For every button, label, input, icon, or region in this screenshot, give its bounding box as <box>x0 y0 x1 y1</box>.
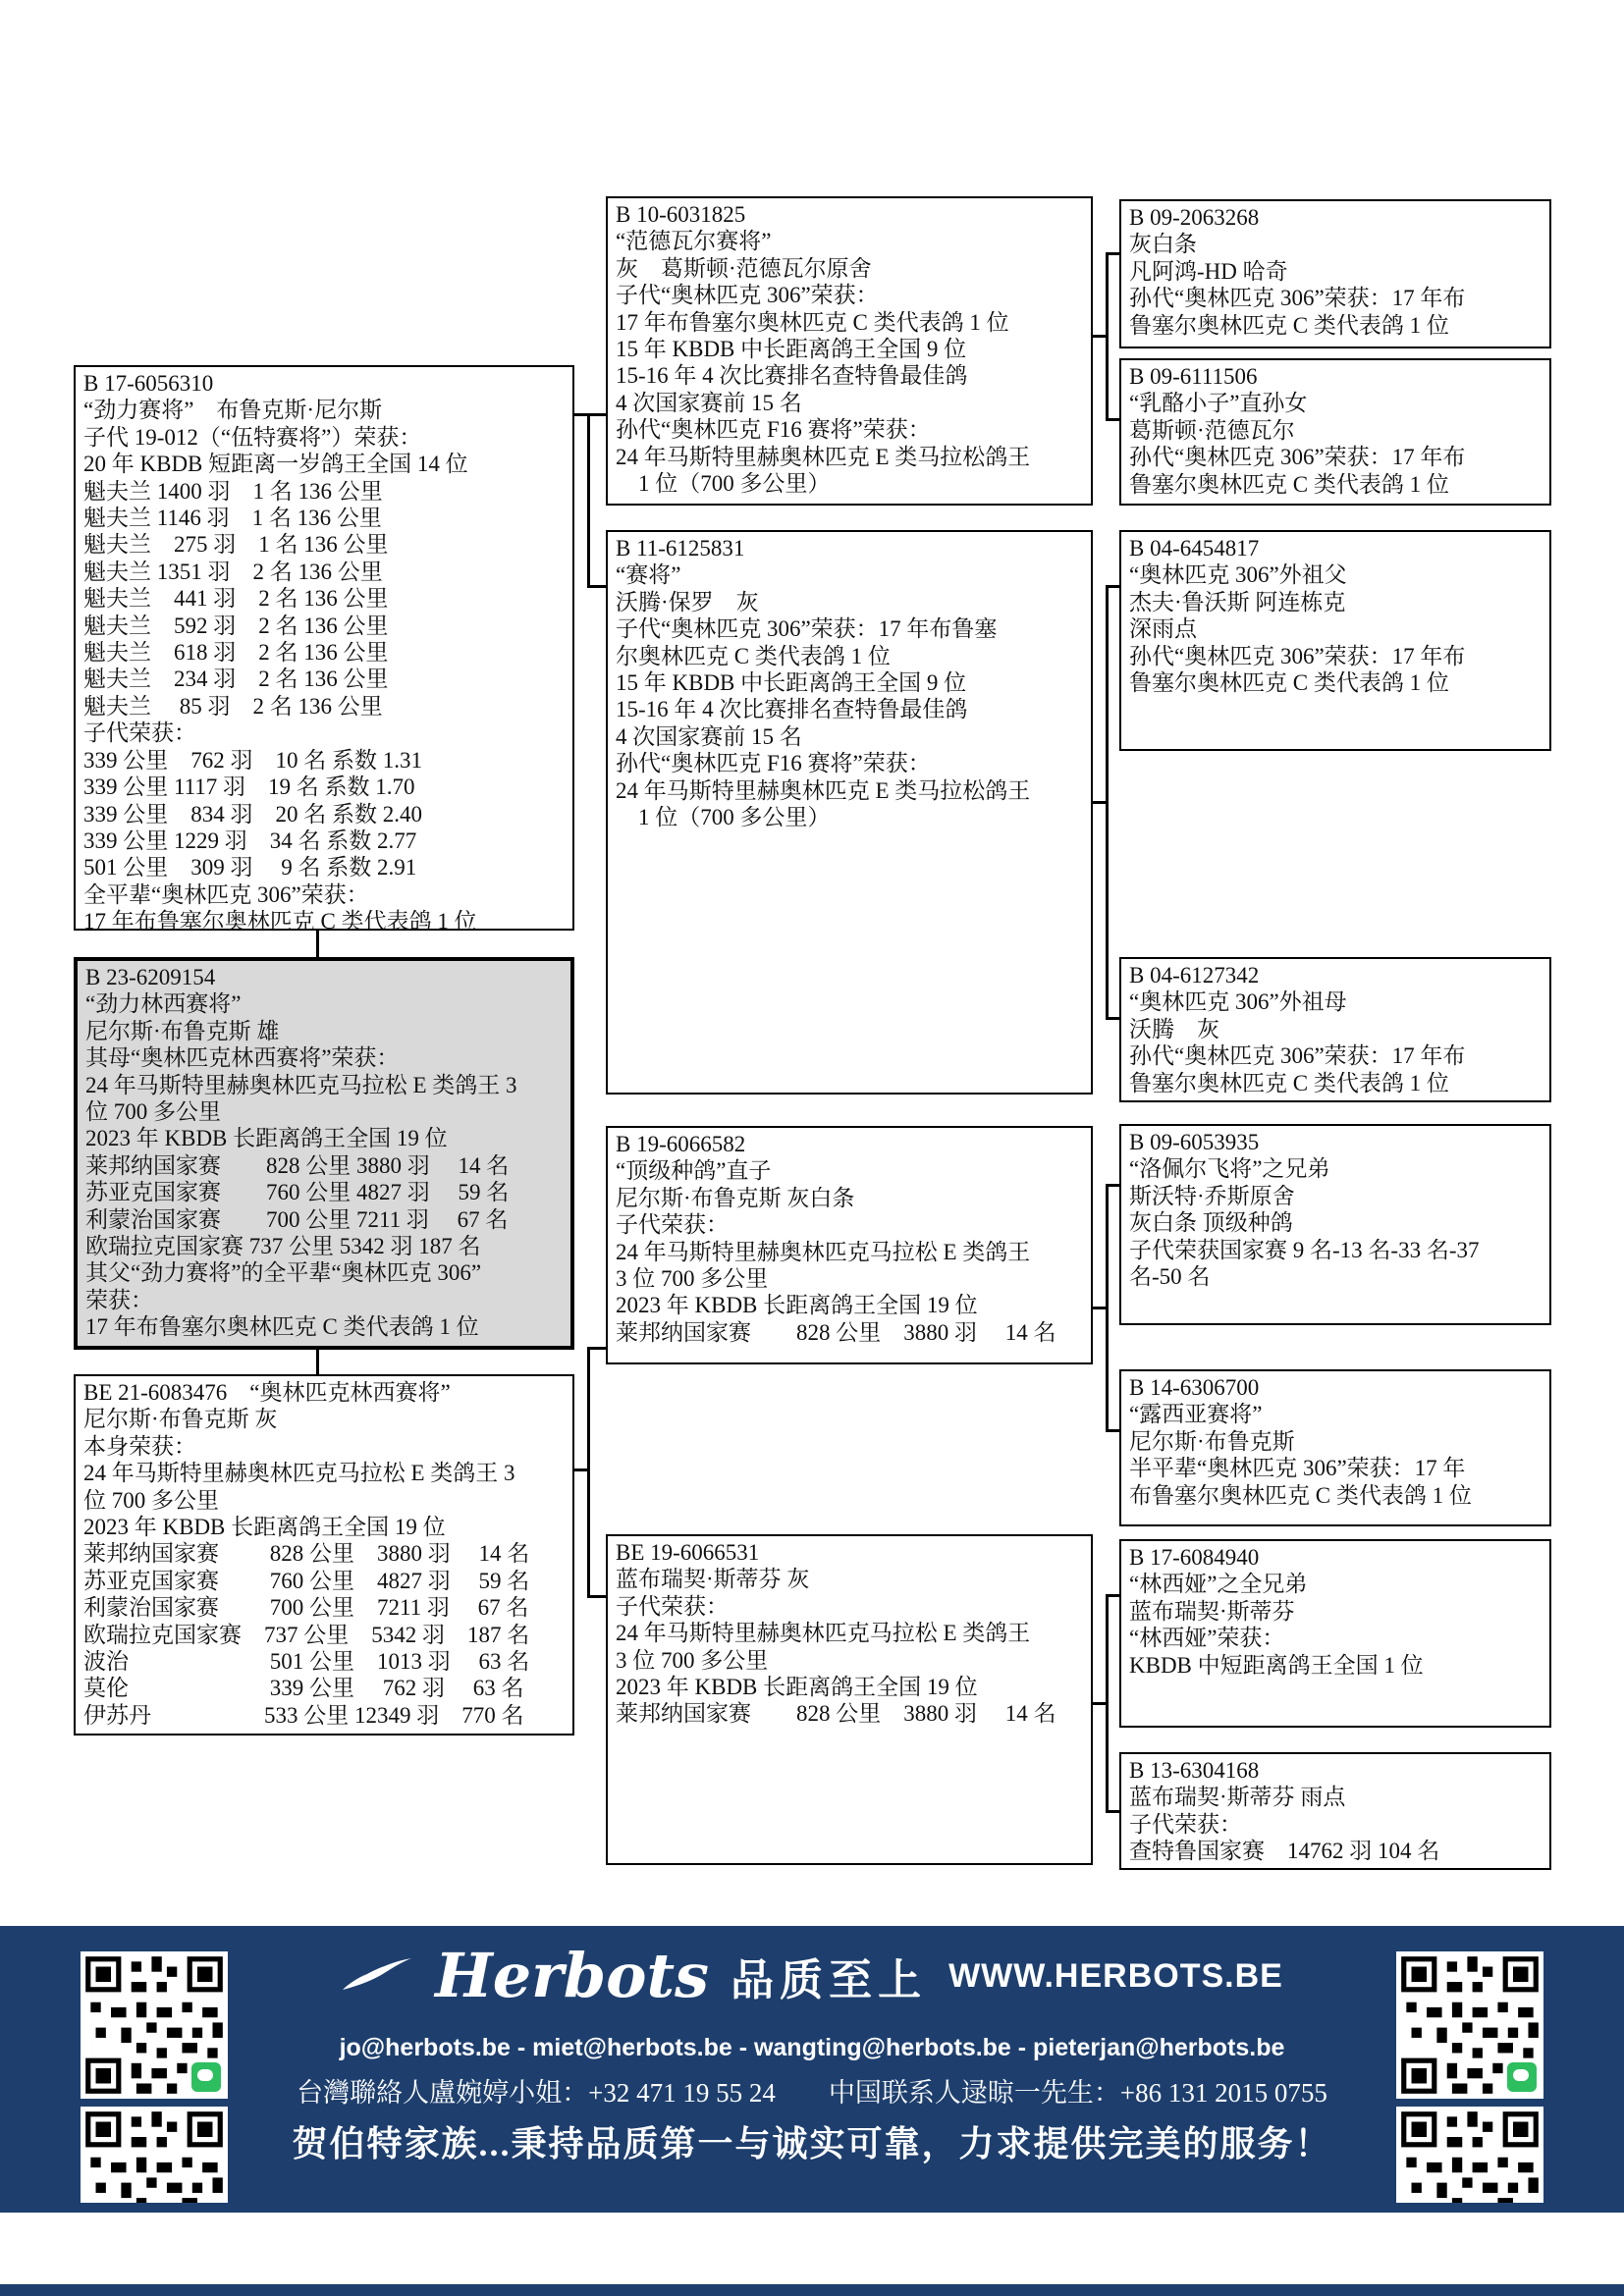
pedigree-text-line: B 09-2063268 <box>1129 204 1542 231</box>
pedigree-text-line: 苏亚克国家赛 760 公里 4827 羽 59 名 <box>83 1568 565 1594</box>
pedigree-text-line: B 04-6454817 <box>1129 535 1542 561</box>
pedigree-text-line: B 10-6031825 <box>616 201 1083 228</box>
pedigree-text-line: 斯沃特·乔斯原舍 <box>1129 1183 1542 1209</box>
pedigree-text-line: 杰夫·鲁沃斯 阿连栋克 <box>1129 589 1542 615</box>
pedigree-connector <box>316 1350 319 1374</box>
pedigree-connector <box>316 931 319 957</box>
pedigree-text-line: 其母“奥林匹克林西赛将”荣获： <box>85 1044 563 1071</box>
pedigree-text-line: 15-16 年 4 次比赛排名查特鲁最佳鸽 <box>616 696 1083 722</box>
wechat-icon <box>1504 2059 1540 2095</box>
pedigree-text-line: 魁夫兰 441 羽 2 名 136 公里 <box>83 585 565 612</box>
pedigree-box-gg3: B 04-6454817“奥林匹克 306”外祖父杰夫·鲁沃斯 阿连栋克深雨点孙… <box>1119 530 1551 751</box>
pedigree-box-sire-dam: B 11-6125831“赛将”沃腾·保罗 灰子代“奥林匹克 306”荣获：17… <box>606 530 1093 1095</box>
pedigree-box-gg4: B 04-6127342“奥林匹克 306”外祖母沃腾 灰孙代“奥林匹克 306… <box>1119 957 1551 1102</box>
pedigree-text-line: 孙代“奥林匹克 306”荣获：17 年布 <box>1129 643 1542 669</box>
pedigree-text-line: B 14-6306700 <box>1129 1374 1542 1401</box>
pedigree-text-line: 鲁塞尔奥林匹克 C 类代表鸽 1 位 <box>1129 1070 1542 1096</box>
pedigree-connector <box>1106 418 1119 421</box>
pedigree-text-line: “林西娅”之全兄弟 <box>1129 1571 1542 1597</box>
pedigree-text-line: 位 700 多公里 <box>83 1487 565 1514</box>
pedigree-text-line: 魁夫兰 275 羽 1 名 136 公里 <box>83 531 565 558</box>
pedigree-connector <box>1106 1594 1109 1813</box>
pedigree-box-gg6: B 14-6306700“露西亚赛将”尼尔斯·布鲁克斯半平辈“奥林匹克 306”… <box>1119 1369 1551 1526</box>
pedigree-connector <box>1106 252 1119 255</box>
pedigree-text-line: 莫伦 339 公里 762 羽 63 名 <box>83 1675 565 1701</box>
pedigree-text-line: 魁夫兰 234 羽 2 名 136 公里 <box>83 666 565 692</box>
pedigree-text-line: B 09-6053935 <box>1129 1129 1542 1155</box>
pedigree-text-line: 鲁塞尔奥林匹克 C 类代表鸽 1 位 <box>1129 312 1542 339</box>
pedigree-text-line: 4 次国家赛前 15 名 <box>616 723 1083 750</box>
pedigree-text-line: 339 公里 834 羽 20 名 系数 2.40 <box>83 801 565 828</box>
pedigree-text-line: 1 位（700 多公里） <box>616 804 1083 830</box>
pedigree-text-line: 蓝布瑞契·斯蒂芬 灰 <box>616 1566 1083 1592</box>
pedigree-text-line: 尼尔斯·布鲁克斯 <box>1129 1428 1542 1455</box>
pedigree-text-line: 15-16 年 4 次比赛排名查特鲁最佳鸽 <box>616 362 1083 389</box>
pedigree-text-line: 葛斯顿·范德瓦尔 <box>1129 417 1542 444</box>
pedigree-text-line: 17 年布鲁塞尔奥林匹克 C 类代表鸽 1 位 <box>83 908 565 931</box>
pedigree-text-line: 莱邦纳国家赛 828 公里 3880 羽 14 名 <box>85 1152 563 1179</box>
pedigree-connector <box>587 585 606 588</box>
pedigree-text-line: B 09-6111506 <box>1129 363 1542 390</box>
pedigree-text-line: 17 年布鲁塞尔奥林匹克 C 类代表鸽 1 位 <box>85 1313 563 1340</box>
pedigree-text-line: 凡阿鸿-HD 哈奇 <box>1129 258 1542 285</box>
pedigree-text-line: 蓝布瑞契·斯蒂芬 雨点 <box>1129 1784 1542 1810</box>
pedigree-box-gg7: B 17-6084940“林西娅”之全兄弟蓝布瑞契·斯蒂芬“林西娅”荣获：KBD… <box>1119 1539 1551 1728</box>
pedigree-text-line: 蓝布瑞契·斯蒂芬 <box>1129 1598 1542 1625</box>
pedigree-text-line: 2023 年 KBDB 长距离鸽王全国 19 位 <box>83 1514 565 1540</box>
pedigree-text-line: 灰白条 顶级种鸽 <box>1129 1209 1542 1236</box>
pedigree-text-line: “乳酪小子”直孙女 <box>1129 390 1542 416</box>
pedigree-text-line: 魁夫兰 1351 羽 2 名 136 公里 <box>83 559 565 585</box>
pedigree-connector <box>587 1595 606 1598</box>
pedigree-connector <box>1106 1017 1119 1020</box>
pedigree-text-line: 鲁塞尔奥林匹克 C 类代表鸽 1 位 <box>1129 669 1542 696</box>
pedigree-text-line: 孙代“奥林匹克 306”荣获：17 年布 <box>1129 285 1542 311</box>
footer-brand-row: Herbots 品质至上 WWW.HERBOTS.BE <box>245 1942 1379 2010</box>
pedigree-connector <box>1106 585 1119 588</box>
pedigree-text-line: 子代“奥林匹克 306”荣获：17 年布鲁塞 <box>616 615 1083 642</box>
pedigree-text-line: 布鲁塞尔奥林匹克 C 类代表鸽 1 位 <box>1129 1482 1542 1509</box>
pedigree-text-line: 鲁塞尔奥林匹克 C 类代表鸽 1 位 <box>1129 471 1542 498</box>
pedigree-text-line: 4 次国家赛前 15 名 <box>616 390 1083 416</box>
pedigree-text-line: 查特鲁国家赛 14762 羽 104 名 <box>1129 1838 1542 1864</box>
pedigree-text-line: B 19-6066582 <box>616 1131 1083 1157</box>
pedigree-text-line: B 17-6084940 <box>1129 1544 1542 1571</box>
pedigree-text-line: 尼尔斯·布鲁克斯 雄 <box>85 1018 563 1044</box>
pedigree-text-line: 灰白条 <box>1129 231 1542 257</box>
pedigree-box-subject: B 23-6209154“劲力林西赛将”尼尔斯·布鲁克斯 雄其母“奥林匹克林西赛… <box>74 957 574 1350</box>
pedigree-text-line: 孙代“奥林匹克 306”荣获：17 年布 <box>1129 444 1542 470</box>
pedigree-text-line: 3 位 700 多公里 <box>616 1265 1083 1292</box>
pedigree-text-line: 半平辈“奥林匹克 306”荣获：17 年 <box>1129 1455 1542 1481</box>
pedigree-connector <box>574 413 606 416</box>
pedigree-text-line: 莱邦纳国家赛 828 公里 3880 羽 14 名 <box>83 1540 565 1567</box>
pedigree-connector <box>1106 1184 1109 1432</box>
pedigree-text-line: 孙代“奥林匹克 306”荣获：17 年布 <box>1129 1042 1542 1069</box>
pedigree-text-line: 魁夫兰 1146 羽 1 名 136 公里 <box>83 505 565 531</box>
pedigree-text-line: B 23-6209154 <box>85 964 563 990</box>
pedigree-text-line: “洛佩尔飞将”之兄弟 <box>1129 1155 1542 1182</box>
brand-logo-text: Herbots <box>435 1946 709 2006</box>
pedigree-text-line: BE 21-6083476 “奥林匹克林西赛将” <box>83 1379 565 1406</box>
pedigree-box-dam: BE 21-6083476 “奥林匹克林西赛将”尼尔斯·布鲁克斯 灰本身荣获：2… <box>74 1374 574 1735</box>
pedigree-box-sire: B 17-6056310“劲力赛将” 布鲁克斯·尼尔斯子代 19-012（“伍特… <box>74 365 574 931</box>
pedigree-text-line: 子代“奥林匹克 306”荣获： <box>616 282 1083 308</box>
pedigree-text-line: 尔奥林匹克 C 类代表鸽 1 位 <box>616 643 1083 669</box>
pedigree-text-line: 欧瑞拉克国家赛 737 公里 5342 羽 187 名 <box>85 1233 563 1259</box>
pedigree-text-line: 子代荣获国家赛 9 名-13 名-33 名-37 <box>1129 1237 1542 1263</box>
pedigree-text-line: 莱邦纳国家赛 828 公里 3880 羽 14 名 <box>616 1700 1083 1727</box>
pedigree-connector <box>1106 1184 1119 1187</box>
pedigree-text-line: 灰 葛斯顿·范德瓦尔原舍 <box>616 255 1083 282</box>
pedigree-text-line: 24 年马斯特里赫奥林匹克 E 类马拉松鸽王 <box>616 777 1083 804</box>
pedigree-text-line: 1 位（700 多公里） <box>616 470 1083 497</box>
pedigree-text-line: 沃腾·保罗 灰 <box>616 589 1083 615</box>
pedigree-text-line: 尼尔斯·布鲁克斯 灰白条 <box>616 1185 1083 1211</box>
pedigree-box-gg5: B 09-6053935“洛佩尔飞将”之兄弟斯沃特·乔斯原舍灰白条 顶级种鸽子代… <box>1119 1124 1551 1325</box>
pedigree-box-dam-sire: B 19-6066582“顶级种鸽”直子尼尔斯·布鲁克斯 灰白条子代荣获：24 … <box>606 1126 1093 1364</box>
footer-slogan: 贺伯特家族...秉持品质第一与诚实可靠，力求提供完美的服务！ <box>196 2116 1428 2166</box>
pedigree-text-line: 339 公里 762 羽 10 名 系数 1.31 <box>83 747 565 774</box>
pedigree-text-line: 位 700 多公里 <box>85 1098 563 1125</box>
pedigree-text-line: 沃腾 灰 <box>1129 1016 1542 1042</box>
pedigree-text-line: “范德瓦尔赛将” <box>616 228 1083 254</box>
pedigree-text-line: 24 年马斯特里赫奥林匹克 E 类马拉松鸽王 <box>616 444 1083 470</box>
pedigree-text-line: 子代荣获： <box>1129 1811 1542 1838</box>
pedigree-connector <box>1106 1810 1119 1813</box>
pedigree-box-gg1: B 09-2063268灰白条凡阿鸿-HD 哈奇孙代“奥林匹克 306”荣获：1… <box>1119 199 1551 348</box>
pedigree-text-line: B 11-6125831 <box>616 535 1083 561</box>
footer-bottom-strip <box>0 2284 1624 2296</box>
pedigree-text-line: 名-50 名 <box>1129 1263 1542 1290</box>
pedigree-connector <box>587 1347 590 1598</box>
pedigree-text-line: 全平辈“奥林匹克 306”荣获： <box>83 881 565 908</box>
pedigree-text-line: 利蒙治国家赛 700 公里 7211 羽 67 名 <box>85 1206 563 1233</box>
pedigree-box-sire-sire: B 10-6031825“范德瓦尔赛将”灰 葛斯顿·范德瓦尔原舍子代“奥林匹克 … <box>606 196 1093 506</box>
pedigree-text-line: 子代 19-012（“伍特赛将”）荣获： <box>83 424 565 451</box>
pedigree-text-line: 2023 年 KBDB 长距离鸽王全国 19 位 <box>616 1674 1083 1700</box>
footer-contacts: 台灣聯絡人盧婉婷小姐：+32 471 19 55 24 中国联系人逯晾一先生：+… <box>196 2071 1428 2109</box>
pedigree-text-line: 15 年 KBDB 中长距离鸽王全国 9 位 <box>616 669 1083 696</box>
pedigree-text-line: 15 年 KBDB 中长距离鸽王全国 9 位 <box>616 336 1083 362</box>
pedigree-text-line: 伊苏丹 533 公里 12349 羽 770 名 <box>83 1702 565 1729</box>
pedigree-connector <box>587 413 590 588</box>
pedigree-text-line: “露西亚赛将” <box>1129 1401 1542 1427</box>
pedigree-text-line: 501 公里 309 羽 9 名 系数 2.91 <box>83 854 565 881</box>
pedigree-connector <box>1106 1594 1119 1597</box>
pedigree-text-line: B 04-6127342 <box>1129 962 1542 988</box>
pedigree-text-line: KBDB 中短距离鸽王全国 1 位 <box>1129 1652 1542 1679</box>
pedigree-text-line: 莱邦纳国家赛 828 公里 3880 羽 14 名 <box>616 1319 1083 1346</box>
brand-website: WWW.HERBOTS.BE <box>948 1957 1283 1996</box>
pedigree-connector <box>1106 252 1109 421</box>
pedigree-text-line: 魁夫兰 85 羽 2 名 136 公里 <box>83 693 565 720</box>
pedigree-text-line: “林西娅”荣获： <box>1129 1625 1542 1651</box>
pedigree-text-line: 魁夫兰 1400 羽 1 名 136 公里 <box>83 478 565 505</box>
pedigree-text-line: “劲力赛将” 布鲁克斯·尼尔斯 <box>83 397 565 423</box>
pedigree-text-line: 子代荣获： <box>616 1211 1083 1238</box>
pedigree-text-line: 孙代“奥林匹克 F16 赛将”荣获： <box>616 416 1083 443</box>
pedigree-text-line: B 13-6304168 <box>1129 1757 1542 1784</box>
pedigree-text-line: 2023 年 KBDB 长距离鸽王全国 19 位 <box>616 1292 1083 1318</box>
pedigree-text-line: 利蒙治国家赛 700 公里 7211 羽 67 名 <box>83 1594 565 1621</box>
pedigree-text-line: 24 年马斯特里赫奥林匹克马拉松 E 类鸽王 3 <box>83 1460 565 1486</box>
pedigree-text-line: 苏亚克国家赛 760 公里 4827 羽 59 名 <box>85 1179 563 1205</box>
pedigree-text-line: 其父“劲力赛将”的全平辈“奥林匹克 306” <box>85 1259 563 1286</box>
pedigree-text-line: 深雨点 <box>1129 615 1542 642</box>
pedigree-text-line: B 17-6056310 <box>83 370 565 397</box>
pedigree-box-dam-dam: BE 19-6066531蓝布瑞契·斯蒂芬 灰子代荣获：24 年马斯特里赫奥林匹… <box>606 1534 1093 1865</box>
pedigree-text-line: 2023 年 KBDB 长距离鸽王全国 19 位 <box>85 1125 563 1151</box>
pedigree-text-line: “顶级种鸽”直子 <box>616 1157 1083 1184</box>
pedigree-text-line: “奥林匹克 306”外祖母 <box>1129 988 1542 1015</box>
pedigree-box-gg8: B 13-6304168蓝布瑞契·斯蒂芬 雨点子代荣获：查特鲁国家赛 14762… <box>1119 1752 1551 1870</box>
pedigree-text-line: 孙代“奥林匹克 F16 赛将”荣获： <box>616 750 1083 776</box>
pedigree-connector <box>587 1347 606 1350</box>
pedigree-text-line: 波治 501 公里 1013 羽 63 名 <box>83 1648 565 1675</box>
pedigree-text-line: 魁夫兰 592 羽 2 名 136 公里 <box>83 613 565 639</box>
pedigree-text-line: BE 19-6066531 <box>616 1539 1083 1566</box>
pedigree-text-line: 20 年 KBDB 短距离一岁鸽王全国 14 位 <box>83 451 565 477</box>
pedigree-text-line: 本身荣获： <box>83 1433 565 1460</box>
pedigree-text-line: 24 年马斯特里赫奥林匹克马拉松 E 类鸽王 <box>616 1620 1083 1646</box>
pedigree-text-line: 3 位 700 多公里 <box>616 1647 1083 1674</box>
pedigree-text-line: 339 公里 1229 羽 34 名 系数 2.77 <box>83 828 565 854</box>
brand-tagline: 品质至上 <box>731 1945 927 2007</box>
pedigree-text-line: 24 年马斯特里赫奥林匹克马拉松 E 类鸽王 3 <box>85 1072 563 1098</box>
pedigree-text-line: “奥林匹克 306”外祖父 <box>1129 561 1542 588</box>
pedigree-text-line: 欧瑞拉克国家赛 737 公里 5342 羽 187 名 <box>83 1622 565 1648</box>
pedigree-text-line: 17 年布鲁塞尔奥林匹克 C 类代表鸽 1 位 <box>616 309 1083 336</box>
wing-icon <box>341 1956 413 1996</box>
pedigree-text-line: “劲力林西赛将” <box>85 990 563 1017</box>
pedigree-text-line: 魁夫兰 618 羽 2 名 136 公里 <box>83 639 565 666</box>
pedigree-text-line: 子代荣获： <box>616 1593 1083 1620</box>
pedigree-connector <box>1106 1429 1119 1432</box>
pedigree-box-gg2: B 09-6111506“乳酪小子”直孙女葛斯顿·范德瓦尔孙代“奥林匹克 306… <box>1119 358 1551 506</box>
pedigree-text-line: 子代荣获： <box>83 720 565 746</box>
pedigree-text-line: 荣获： <box>85 1287 563 1313</box>
footer-emails: jo@herbots.be - miet@herbots.be - wangti… <box>245 2034 1379 2062</box>
pedigree-text-line: 339 公里 1117 羽 19 名 系数 1.70 <box>83 774 565 800</box>
pedigree-connector <box>1106 585 1109 1020</box>
pedigree-text-line: “赛将” <box>616 561 1083 588</box>
pedigree-text-line: 尼尔斯·布鲁克斯 灰 <box>83 1406 565 1432</box>
pedigree-text-line: 24 年马斯特里赫奥林匹克马拉松 E 类鸽王 <box>616 1239 1083 1265</box>
